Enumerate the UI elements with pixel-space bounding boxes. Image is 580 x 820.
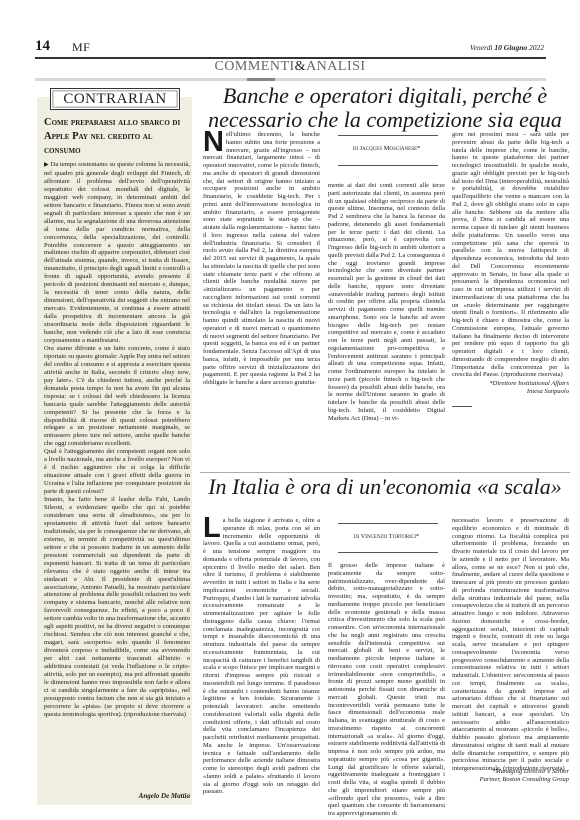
section-amp: & bbox=[295, 59, 306, 74]
section-title: COMMENTI&ANALISI bbox=[0, 59, 580, 75]
date-daymonth: 10 Giugno bbox=[494, 43, 527, 52]
article1-column-1: Nell'ultimo decennio, le banche hanno su… bbox=[203, 131, 320, 387]
section-bar-marker bbox=[247, 78, 275, 81]
section-right: ANALISI bbox=[306, 59, 366, 74]
date-weekday: Venerdì bbox=[470, 43, 493, 52]
article2-column-2: Il grosso delle imprese italiane è prati… bbox=[328, 562, 445, 818]
article2-headline: In Italia è ora di un'economia «a scala» bbox=[200, 474, 570, 500]
article2-column-1: La bella stagione è arrivata e, oltre a … bbox=[203, 517, 320, 796]
article2-column-3: necessario lavoro e preservazione di equ… bbox=[452, 517, 569, 773]
contrarian-label: CONTRARIAN bbox=[50, 88, 180, 110]
sidebar-body: ▶ Da tempo sosteniamo su queste colonne … bbox=[44, 161, 190, 719]
triangle-bullet-icon: ▶ bbox=[44, 162, 49, 168]
article2-signature: *Managing Director e SeniorPartner, Bost… bbox=[452, 768, 569, 784]
sidebar-headline: Come prepararsi allo sbarco di Apple Pay… bbox=[44, 116, 189, 158]
section-bar bbox=[35, 78, 546, 81]
sidebar-paragraph: ▶ Da tempo sosteniamo su queste colonne … bbox=[44, 161, 190, 345]
article1-byline: di Jacques Moscianese* bbox=[328, 145, 445, 152]
article-end-rule bbox=[452, 406, 472, 407]
article1-column-2: mente ai dati dei conti correnti alle te… bbox=[328, 182, 445, 422]
article1-signature: *Direttore Institutional AffairsIntesa S… bbox=[452, 380, 569, 396]
article2-byline: di Vincenzo Tortorici* bbox=[328, 533, 445, 540]
byline-rule bbox=[338, 135, 438, 136]
sidebar-paragraph: Intanto, ha fatto bene il leader della F… bbox=[44, 496, 190, 719]
page-number: 14 bbox=[35, 38, 50, 55]
dropcap: L bbox=[203, 517, 221, 540]
article1-headline: Banche e operatori digitali, perché è ne… bbox=[200, 84, 570, 132]
sidebar-paragraph: Ora siamo difronte a un fatto concreto, … bbox=[44, 345, 190, 448]
byline-rule bbox=[338, 165, 438, 166]
dateline: Venerdì 10 Giugno 2022 bbox=[470, 43, 544, 52]
dropcap: N bbox=[203, 131, 224, 154]
byline-rule bbox=[338, 552, 438, 553]
sidebar-paragraph: Qual è l'atteggiamento dei competenti or… bbox=[44, 448, 190, 496]
byline-rule bbox=[338, 523, 438, 524]
section-left: COMMENTI bbox=[214, 59, 294, 74]
sidebar-signature: Angelo De Mattia bbox=[44, 792, 190, 800]
article1-column-3: gore nei prossimi mesi – sarà utile per … bbox=[452, 131, 569, 379]
article-divider bbox=[200, 472, 570, 473]
date-year: 2022 bbox=[529, 43, 544, 52]
masthead: MF bbox=[72, 40, 90, 55]
